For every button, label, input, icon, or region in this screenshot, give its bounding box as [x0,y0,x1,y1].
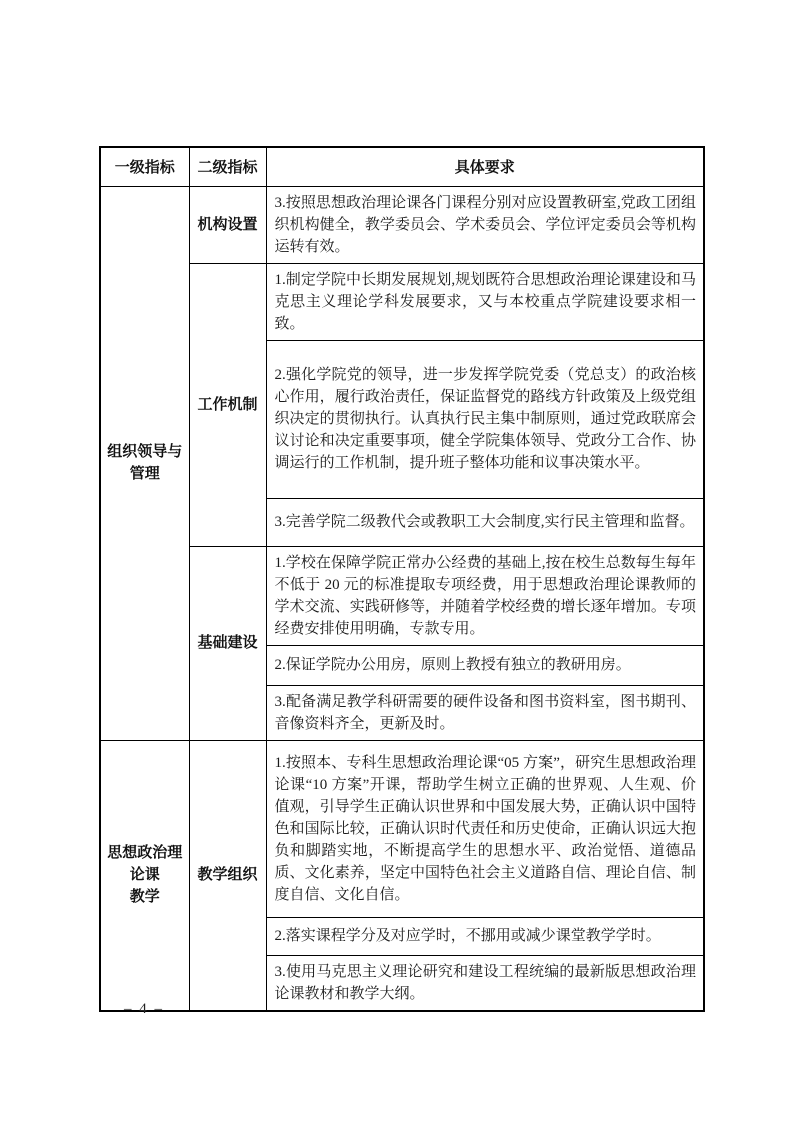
level2-cell-institution-setup: 机构设置 [189,186,266,263]
table-row: 思想政治理论课 教学 教学组织 1.按照本、专科生思想政治理论课“05 方案”，… [100,740,704,917]
requirement-cell: 1.学校在保障学院正常办公经费的基础上,按在校生总数每生每年不低于 20 元的标… [266,546,704,645]
header-level1-indicator: 一级指标 [100,147,189,186]
requirement-cell: 3.配备满足教学科研需要的硬件设备和图书资料室，图书期刊、音像资料齐全，更新及时… [266,685,704,740]
level2-cell-teaching-organization: 教学组织 [189,740,266,1011]
level1-cell-organization-leadership: 组织领导与 管理 [100,186,189,740]
level1-cell-ideological-political-theory-teaching: 思想政治理论课 教学 [100,740,189,1011]
requirement-cell: 3.完善学院二级教代会或教职工大会制度,实行民主管理和监督。 [266,498,704,546]
level2-cell-work-mechanism: 工作机制 [189,263,266,546]
table-row: 工作机制 1.制定学院中长期发展规划,规划既符合思想政治理论课建设和马克思主义理… [100,263,704,340]
indicator-table: 一级指标 二级指标 具体要求 组织领导与 管理 机构设置 3.按照思想政治理论课… [99,146,705,1012]
requirement-cell: 3.按照思想政治理论课各门课程分别对应设置教研室,党政工团组织机构健全，教学委员… [266,186,704,263]
table-header-row: 一级指标 二级指标 具体要求 [100,147,704,186]
requirement-cell: 2.落实课程学分及对应学时，不挪用或减少课堂教学学时。 [266,917,704,955]
requirement-cell: 3.使用马克思主义理论研究和建设工程统编的最新版思想政治理论课教材和教学大纲。 [266,955,704,1011]
table-row: 组织领导与 管理 机构设置 3.按照思想政治理论课各门课程分别对应设置教研室,党… [100,186,704,263]
requirement-cell: 1.按照本、专科生思想政治理论课“05 方案”，研究生思想政治理论课“10 方案… [266,740,704,917]
requirement-cell: 2.保证学院办公用房，原则上教授有独立的教研用房。 [266,645,704,685]
level2-cell-infrastructure: 基础建设 [189,546,266,740]
page-number: – 4 – [124,1001,164,1018]
requirement-cell: 2.强化学院党的领导，进一步发挥学院党委（党总支）的政治核心作用，履行政治责任，… [266,340,704,498]
header-level2-indicator: 二级指标 [189,147,266,186]
requirement-cell: 1.制定学院中长期发展规划,规划既符合思想政治理论课建设和马克思主义理论学科发展… [266,263,704,340]
table-row: 基础建设 1.学校在保障学院正常办公经费的基础上,按在校生总数每生每年不低于 2… [100,546,704,645]
header-specific-requirements: 具体要求 [266,147,704,186]
